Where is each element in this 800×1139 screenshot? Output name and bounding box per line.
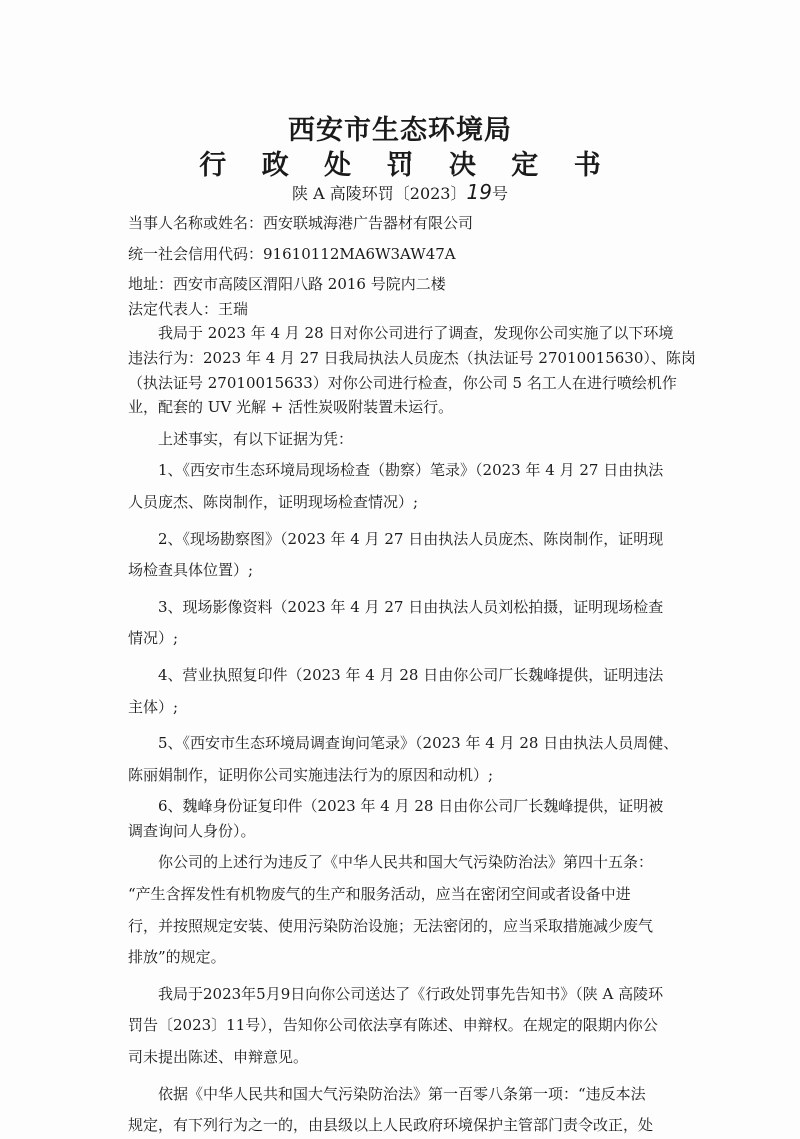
- text-line: 2、《现场勘察图》（2023 年 4 月 27 日由执法人员庞杰、陈岗制作，证明…: [128, 527, 710, 552]
- document-body: 当事人名称或姓名：西安联城海港广告器材有限公司 统一社会信用代码：9161011…: [128, 211, 710, 1138]
- text-line: 人员庞杰、陈岗制作，证明现场检查情况）;: [128, 490, 710, 515]
- credit-code: 91610112MA6W3AW47A: [263, 245, 456, 263]
- address-row: 地址：西安市高陵区渭阳八路 2016 号院内二楼: [128, 272, 710, 297]
- legal-rep-label: 法定代表人：: [128, 300, 218, 318]
- text-line: 陈丽娟制作，证明你公司实施违法行为的原因和动机）;: [128, 763, 710, 788]
- party-name-row: 当事人名称或姓名：西安联城海港广告器材有限公司: [128, 211, 710, 236]
- text-line: 排放”的规定。: [128, 945, 710, 970]
- evidence-intro: 上述事实，有以下证据为凭：: [128, 427, 710, 452]
- text-line: “产生含挥发性有机物废气的生产和服务活动，应当在密闭空间或者设备中进: [128, 882, 710, 907]
- party-name-label: 当事人名称或姓名：: [128, 214, 263, 232]
- document-number: 陕 A 高陵环罚〔2023〕19号: [0, 180, 800, 204]
- text-line: 1、《西安市生态环境局现场检查（勘察）笔录》（2023 年 4 月 27 日由执…: [128, 458, 710, 483]
- document-page: 西安市生态环境局 行 政 处 罚 决 定 书 陕 A 高陵环罚〔2023〕19号…: [0, 0, 800, 1139]
- agency-title: 西安市生态环境局: [0, 108, 800, 147]
- address-label: 地址：: [128, 275, 173, 293]
- evidence-item-4: 4、营业执照复印件（2023 年 4 月 28 日由你公司厂长魏峰提供，证明违法…: [128, 663, 710, 719]
- text-line: 4、营业执照复印件（2023 年 4 月 28 日由你公司厂长魏峰提供，证明违法: [128, 663, 710, 688]
- text-line: 5、《西安市生态环境局调查询问笔录》（2023 年 4 月 28 日由执法人员周…: [128, 731, 710, 756]
- document-type-title: 行 政 处 罚 决 定 书: [0, 143, 800, 182]
- text-line: 3、现场影像资料（2023 年 4 月 27 日由执法人员刘松拍摄，证明现场检查: [128, 595, 710, 620]
- violation-paragraph: 你公司的上述行为违反了《中华人民共和国大气污染防治法》第四十五条： “产生含挥发…: [128, 850, 710, 969]
- legal-rep: 王瑞: [218, 300, 248, 318]
- text-line: 依据《中华人民共和国大气污染防治法》第一百零八条第一项：“违反本法: [128, 1082, 710, 1107]
- text-line: 6、魏峰身份证复印件（2023 年 4 月 28 日由你公司厂长魏峰提供，证明被: [128, 794, 710, 819]
- text-line: 调查询问人身份）。: [128, 819, 710, 844]
- text-line: 主体）;: [128, 695, 710, 720]
- text-line: 场检查具体位置）;: [128, 558, 710, 583]
- credit-code-row: 统一社会信用代码：91610112MA6W3AW47A: [128, 242, 710, 267]
- doc-number-prefix: 陕 A 高陵环罚〔2023〕: [292, 184, 466, 203]
- text-line: 我局于 2023 年 4 月 28 日对你公司进行了调查，发现你公司实施了以下环…: [128, 321, 710, 346]
- credit-code-label: 统一社会信用代码：: [128, 245, 263, 263]
- address: 西安市高陵区渭阳八路 2016 号院内二楼: [173, 275, 446, 293]
- doc-number-handwritten: 19: [466, 180, 491, 204]
- text-line: （执法证号 27010015633）对你公司进行检查，你公司 5 名工人在进行喷…: [128, 371, 710, 396]
- text-line: 我局于2023年5月9日向你公司送达了《行政处罚事先告知书》（陕 A 高陵环: [128, 982, 710, 1007]
- evidence-item-3: 3、现场影像资料（2023 年 4 月 27 日由执法人员刘松拍摄，证明现场检查…: [128, 595, 710, 651]
- evidence-item-6: 6、魏峰身份证复印件（2023 年 4 月 28 日由你公司厂长魏峰提供，证明被…: [128, 794, 710, 843]
- text-line: 情况）;: [128, 626, 710, 651]
- text-line: 行，并按照规定安装、使用污染防治设施；无法密闭的，应当采取措施减少废气: [128, 914, 710, 939]
- text-line: 违法行为：2023 年 4 月 27 日我局执法人员庞杰（执法证号 270100…: [128, 346, 710, 371]
- evidence-item-5: 5、《西安市生态环境局调查询问笔录》（2023 年 4 月 28 日由执法人员周…: [128, 731, 710, 787]
- text-line: 罚告〔2023〕11号），告知你公司依法享有陈述、申辩权。在规定的限期内你公: [128, 1013, 710, 1038]
- legal-rep-row: 法定代表人：王瑞: [128, 297, 710, 322]
- evidence-item-2: 2、《现场勘察图》（2023 年 4 月 27 日由执法人员庞杰、陈岗制作，证明…: [128, 527, 710, 583]
- text-line: 规定，有下列行为之一的，由县级以上人民政府环境保护主管部门责令改正，处: [128, 1113, 710, 1138]
- legal-basis-paragraph: 依据《中华人民共和国大气污染防治法》第一百零八条第一项：“违反本法 规定，有下列…: [128, 1082, 710, 1138]
- text-line: 司未提出陈述、申辩意见。: [128, 1045, 710, 1070]
- evidence-item-1: 1、《西安市生态环境局现场检查（勘察）笔录》（2023 年 4 月 27 日由执…: [128, 458, 710, 514]
- text-line: 你公司的上述行为违反了《中华人民共和国大气污染防治法》第四十五条：: [128, 850, 710, 875]
- notice-paragraph: 我局于2023年5月9日向你公司送达了《行政处罚事先告知书》（陕 A 高陵环 罚…: [128, 982, 710, 1070]
- investigation-paragraph: 我局于 2023 年 4 月 28 日对你公司进行了调查，发现你公司实施了以下环…: [128, 321, 710, 419]
- text-line: 业，配套的 UV 光解 + 活性炭吸附装置未运行。: [128, 395, 710, 420]
- party-name: 西安联城海港广告器材有限公司: [263, 214, 473, 232]
- doc-number-suffix: 号: [492, 184, 508, 203]
